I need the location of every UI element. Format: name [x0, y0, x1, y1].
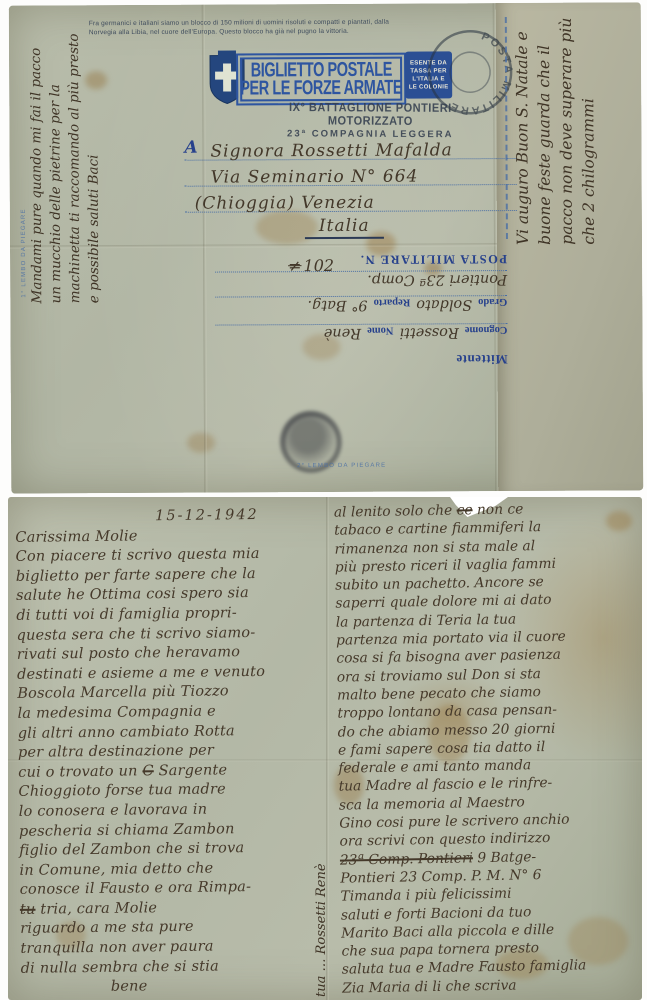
pm-number-value: 102 — [303, 256, 334, 275]
address-block: A Signora Rossetti Mafalda Via Seminario… — [184, 133, 517, 238]
address-prefix: A — [184, 138, 197, 158]
postal-card-photo: Fra germanici e italiani siamo un blocco… — [9, 2, 644, 493]
reparto-row2: Pontieri 23ª Comp. — [215, 270, 507, 297]
mittente-label: Mittente — [456, 351, 508, 367]
cognome-value: Rossetti — [399, 324, 458, 340]
scratched-mark: ≠ — [288, 256, 302, 275]
propaganda-slogan: Fra germanici e italiani siamo un blocco… — [89, 18, 487, 37]
address-row: Via Seminario N° 664 — [185, 159, 517, 187]
card-title-line2: PER LE FORZE ARMATE — [240, 77, 402, 100]
cognome-label: Cognome — [465, 324, 508, 335]
letter-column-1: 15-12-1942 Carissima Molie Con piacere t… — [15, 505, 333, 999]
grado-value: Soldato — [416, 296, 472, 312]
address-row: (Chioggia) Venezia — [185, 185, 517, 213]
posta-militare-label: POSTA MILITARE N. — [359, 252, 507, 268]
nome-label: Nome — [367, 325, 393, 336]
scan-page: Fra germanici e italiani siamo un blocco… — [0, 0, 647, 1000]
letter-line: bene — [111, 975, 333, 997]
struck-text: ce — [457, 502, 473, 518]
fold-print-left-text: 1° LEMBO DA PIEGARE — [21, 208, 27, 297]
reparto-label: Reparto — [374, 297, 411, 308]
vertical-signature-note: tua … Rossetti Renè — [314, 587, 340, 997]
reparto-value: 9° Batg. — [307, 297, 367, 313]
margin-note-left: Mandami pure quando mi fai il pacco un m… — [27, 31, 142, 304]
line-part: 9 Batge- — [473, 849, 536, 866]
line-part: cui o trovato un — [18, 763, 142, 781]
line-part: tria, cara Molie — [35, 900, 157, 917]
line-part: Sargente — [154, 762, 228, 779]
line-part: non ce — [472, 501, 523, 518]
cognome-row: Cognome Rossetti Nome Renè — [215, 323, 507, 353]
struck-text: C — [142, 763, 153, 779]
fold-print-left: 1° LEMBO DA PIEGARE — [12, 208, 24, 298]
letter-date: 15-12-1942 — [155, 505, 327, 527]
letter-photo: 15-12-1942 Carissima Molie Con piacere t… — [8, 497, 642, 1000]
letter-column-2: al lenito solo che ce non ce tabaco e ca… — [334, 498, 642, 997]
address-line: (Chioggia) Venezia — [195, 193, 375, 214]
card-title-box: BIGLIETTO POSTALE PER LE FORZE ARMATE — [236, 53, 406, 106]
reparto-value2: Pontieri 23ª Comp. — [367, 271, 507, 288]
grado-row: Grado Soldato Reparto 9° Batg. — [215, 295, 507, 325]
address-line: Via Seminario N° 664 — [211, 167, 419, 188]
address-row: A Signora Rossetti Mafalda — [184, 133, 516, 161]
posta-militare-row: POSTA MILITARE N. — [215, 248, 507, 272]
nome-value: Renè — [324, 325, 362, 341]
address-line: Signora Rossetti Mafalda — [210, 140, 452, 161]
fold-print-bottom: 2° LEMBO DA PIEGARE — [297, 463, 386, 469]
sender-block: Mittente Cognome Rossetti Nome Renè Grad… — [215, 251, 508, 373]
struck-text: 23ª Comp. Pontieri — [340, 850, 473, 868]
address-line: Italia — [305, 216, 384, 239]
stamp-line1: IX° BATTAGLIONE PONTIERI MOTORIZZATO — [247, 101, 493, 129]
struck-text: tu — [20, 902, 36, 918]
grado-label: Grado — [478, 296, 507, 307]
posta-militare-number: ≠102 — [288, 256, 334, 275]
address-row: Italia — [185, 211, 517, 238]
mittente-row: Mittente — [216, 351, 508, 373]
line-part: al lenito solo che — [334, 503, 457, 521]
margin-note-right: Vi auguro Buon S. Natale e buone feste g… — [511, 12, 644, 245]
